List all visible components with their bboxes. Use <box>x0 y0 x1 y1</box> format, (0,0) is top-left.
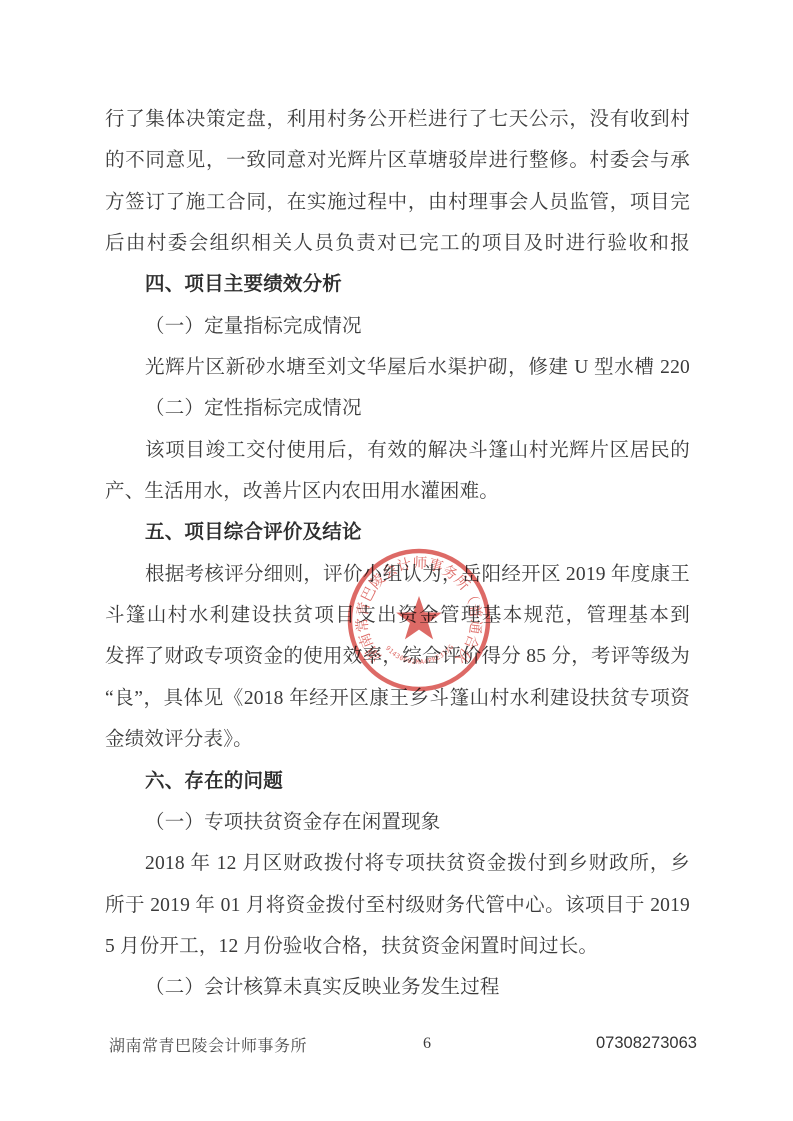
document-page: 行了集体决策定盘，利用村务公开栏进行了七天公示，没有收到村民 的不同意见，一致同… <box>0 0 793 1121</box>
doc-line: 后由村委会组织相关人员负责对已完工的项目及时进行验收和报账。 <box>105 223 690 264</box>
doc-line: 斗篷山村水利建设扶贫项目支出资金管理基本规范，管理基本到位， <box>105 595 690 636</box>
section-heading-4: 四、项目主要绩效分析 <box>105 264 690 305</box>
doc-line: 发挥了财政专项资金的使用效率，综合评价得分 85 分，考评等级为 <box>105 636 690 677</box>
doc-line: 5 月份开工，12 月份验收合格，扶贫资金闲置时间过长。 <box>105 926 690 967</box>
subsection-heading: （二）定性指标完成情况 <box>105 388 690 429</box>
footer-firm-name: 湖南常青巴陵会计师事务所 <box>109 1033 307 1056</box>
doc-line: 的不同意见，一致同意对光辉片区草塘驳岸进行整修。村委会与承建 <box>105 140 690 181</box>
section-heading-6: 六、存在的问题 <box>105 761 690 802</box>
document-body: 行了集体决策定盘，利用村务公开栏进行了七天公示，没有收到村民 的不同意见，一致同… <box>105 99 690 1009</box>
doc-line: 金绩效评分表》。 <box>105 719 690 760</box>
doc-line: 方签订了施工合同，在实施过程中，由村理事会人员监管，项目完工 <box>105 182 690 223</box>
doc-line: 所于 2019 年 01 月将资金拨付至村级财务代管中心。该项目于 2019 年 <box>105 885 690 926</box>
subsection-heading: （一）定量指标完成情况 <box>105 306 690 347</box>
doc-line: 产、生活用水，改善片区内农田用水灌困难。 <box>105 471 690 512</box>
doc-line: 光辉片区新砂水塘至刘文华屋后水渠护砌，修建 U 型水槽 220 米。 <box>105 347 690 388</box>
doc-line: 行了集体决策定盘，利用村务公开栏进行了七天公示，没有收到村民 <box>105 99 690 140</box>
subsection-heading: （二）会计核算未真实反映业务发生过程 <box>105 967 690 1008</box>
footer-right-number: 07308273063 <box>596 1034 697 1053</box>
doc-line: 根据考核评分细则，评价小组认为，岳阳经开区 2019 年度康王乡 <box>105 554 690 595</box>
doc-line: “良”，具体见《2018 年经开区康王乡斗篷山村水利建设扶贫专项资 <box>105 678 690 719</box>
footer-page-number: 6 <box>423 1035 431 1053</box>
doc-line: 2018 年 12 月区财政拨付将专项扶贫资金拨付到乡财政所，乡财政 <box>105 843 690 884</box>
subsection-heading: （一）专项扶贫资金存在闲置现象 <box>105 802 690 843</box>
doc-line: 该项目竣工交付使用后，有效的解决斗篷山村光辉片区居民的生 <box>105 430 690 471</box>
section-heading-5: 五、项目综合评价及结论 <box>105 512 690 553</box>
